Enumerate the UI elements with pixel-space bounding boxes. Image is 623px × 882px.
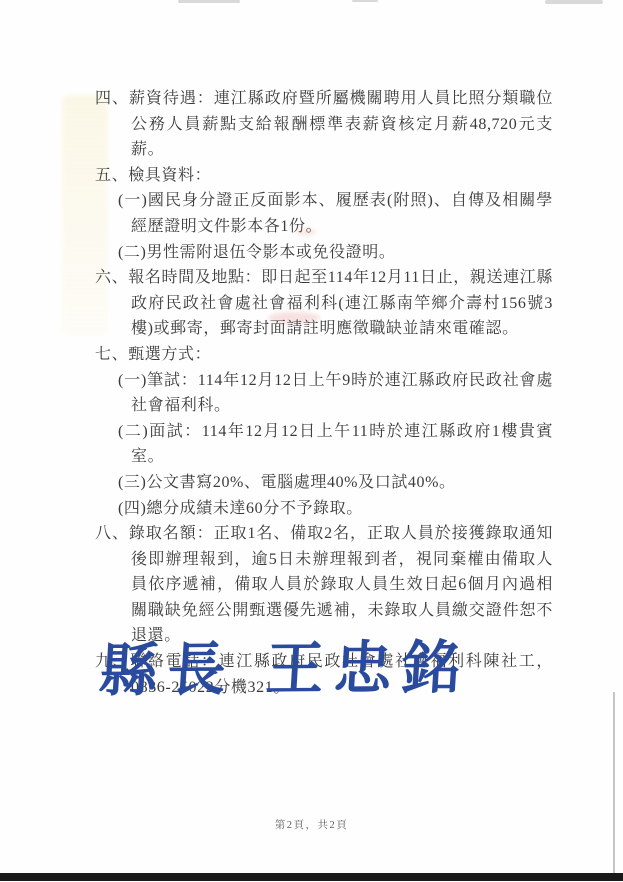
document-body: 四、薪資待遇：連江縣政府暨所屬機關聘用人員比照分類職位公務人員薪點支給報酬標準表…: [95, 86, 553, 700]
signature: 縣長 王忠銘: [97, 621, 442, 708]
list-item-number: 六、: [95, 269, 128, 286]
list-item-text: 甄選方式：: [128, 346, 211, 363]
list-item-7: 七、甄選方式：: [95, 342, 553, 368]
list-item-number: 五、: [95, 167, 128, 184]
sub-list-item-7-2: (二)面試：114年12月12日上午11時於連江縣政府1樓貴賓室。: [118, 419, 553, 470]
list-item-6: 六、報名時間及地點：即日起至114年12月11日止，親送連江縣政府民政社會處社會…: [95, 265, 553, 342]
scan-artifact-bottom-bar: [0, 873, 623, 881]
sub-list-item-7-1: (一)筆試：114年12月12日上午9時於連江縣政府民政社會處社會福利科。: [118, 368, 553, 419]
scan-artifact-right-edge: [613, 692, 615, 874]
sub-list-item-7-4: (四)總分成績未達60分不予錄取。: [118, 496, 553, 522]
scan-artifact-top-edge: [352, 0, 378, 2]
page-footer: 第2頁，共2頁: [0, 817, 623, 832]
list-item-text: 報名時間及地點：即日起至114年12月11日止，親送連江縣政府民政社會處社會福利…: [128, 269, 553, 337]
list-item-number: 四、: [95, 90, 129, 107]
sub-list-item-7-3: (三)公文書寫20%、電腦處理40%及口試40%。: [118, 470, 553, 496]
scan-artifact-top-edge: [545, 0, 603, 4]
scan-artifact-top-edge: [178, 0, 240, 3]
sub-list-item-5-1: (一)國民身分證正反面影本、履歷表(附照)、自傳及相關學經歷證明文件影本各1份。: [118, 188, 553, 239]
list-item-5: 五、檢具資料：: [95, 163, 553, 189]
sub-list-item-5-2: (二)男性需附退伍令影本或免役證明。: [118, 240, 553, 266]
list-item-number: 七、: [95, 346, 128, 363]
list-item-text: 薪資待遇：連江縣政府暨所屬機關聘用人員比照分類職位公務人員薪點支給報酬標準表薪資…: [129, 90, 553, 158]
list-item-number: 八、: [95, 525, 129, 542]
list-item-4: 四、薪資待遇：連江縣政府暨所屬機關聘用人員比照分類職位公務人員薪點支給報酬標準表…: [95, 86, 553, 163]
list-item-text: 檢具資料：: [128, 167, 211, 184]
scanned-document-page: 四、薪資待遇：連江縣政府暨所屬機關聘用人員比照分類職位公務人員薪點支給報酬標準表…: [0, 0, 623, 882]
